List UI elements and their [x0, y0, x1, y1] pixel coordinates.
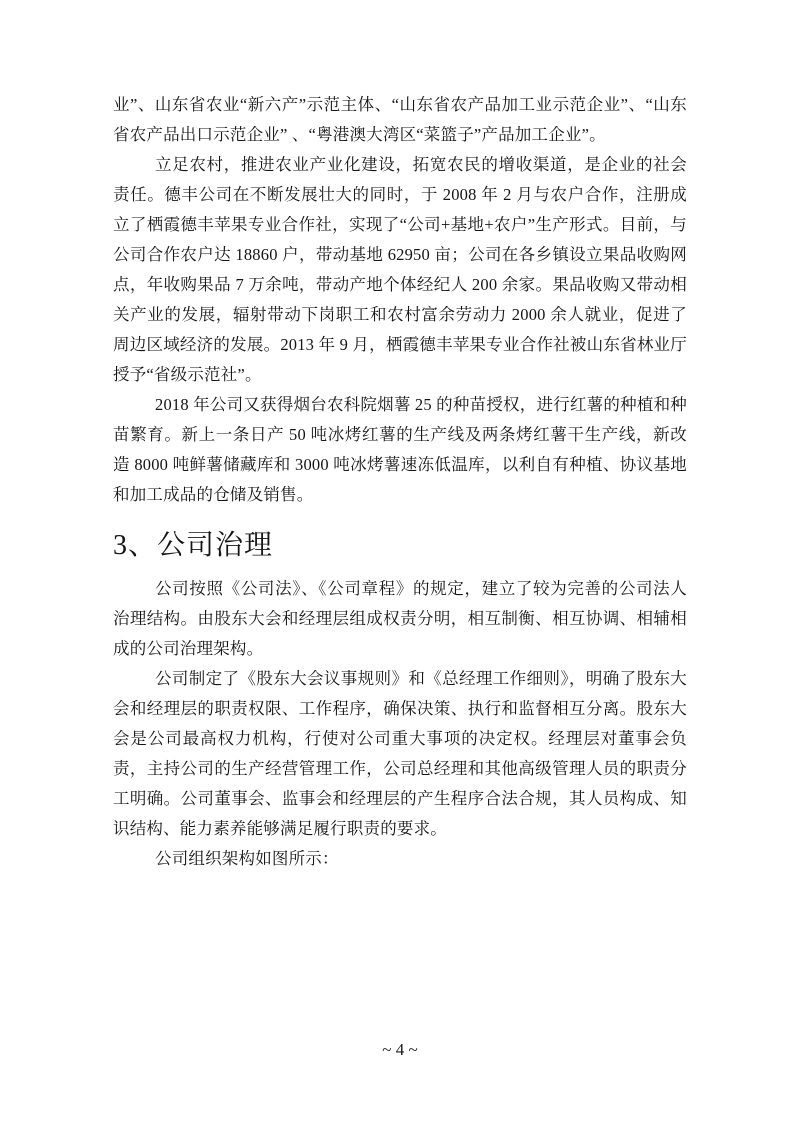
paragraph-continuation: 业”、山东省农业“新六产”示范主体、“山东省农产品加工业示范企业”、“山东省农产… — [113, 90, 687, 150]
paragraph-governance-rules: 公司制定了《股东大会议事规则》和《总经理工作细则》，明确了股东大会和经理层的职责… — [113, 664, 687, 844]
document-page: 业”、山东省农业“新六产”示范主体、“山东省农产品加工业示范企业”、“山东省农产… — [0, 0, 800, 1131]
page-number: ~ 4 ~ — [0, 1038, 800, 1062]
paragraph-governance-structure: 公司按照《公司法》、《公司章程》的规定，建立了较为完善的公司法人治理结构。由股东… — [113, 574, 687, 664]
paragraph-org-chart-lead-in: 公司组织架构如图所示： — [113, 844, 687, 874]
paragraph-sweet-potato: 2018 年公司又获得烟台农科院烟薯 25 的种苗授权，进行红薯的种植和种苗繁育… — [113, 390, 687, 510]
section-heading-corporate-governance: 3、公司治理 — [113, 526, 687, 566]
document-body: 业”、山东省农业“新六产”示范主体、“山东省农产品加工业示范企业”、“山东省农产… — [113, 90, 687, 874]
paragraph-rural-development: 立足农村，推进农业产业化建设，拓宽农民的增收渠道，是企业的社会责任。德丰公司在不… — [113, 150, 687, 390]
